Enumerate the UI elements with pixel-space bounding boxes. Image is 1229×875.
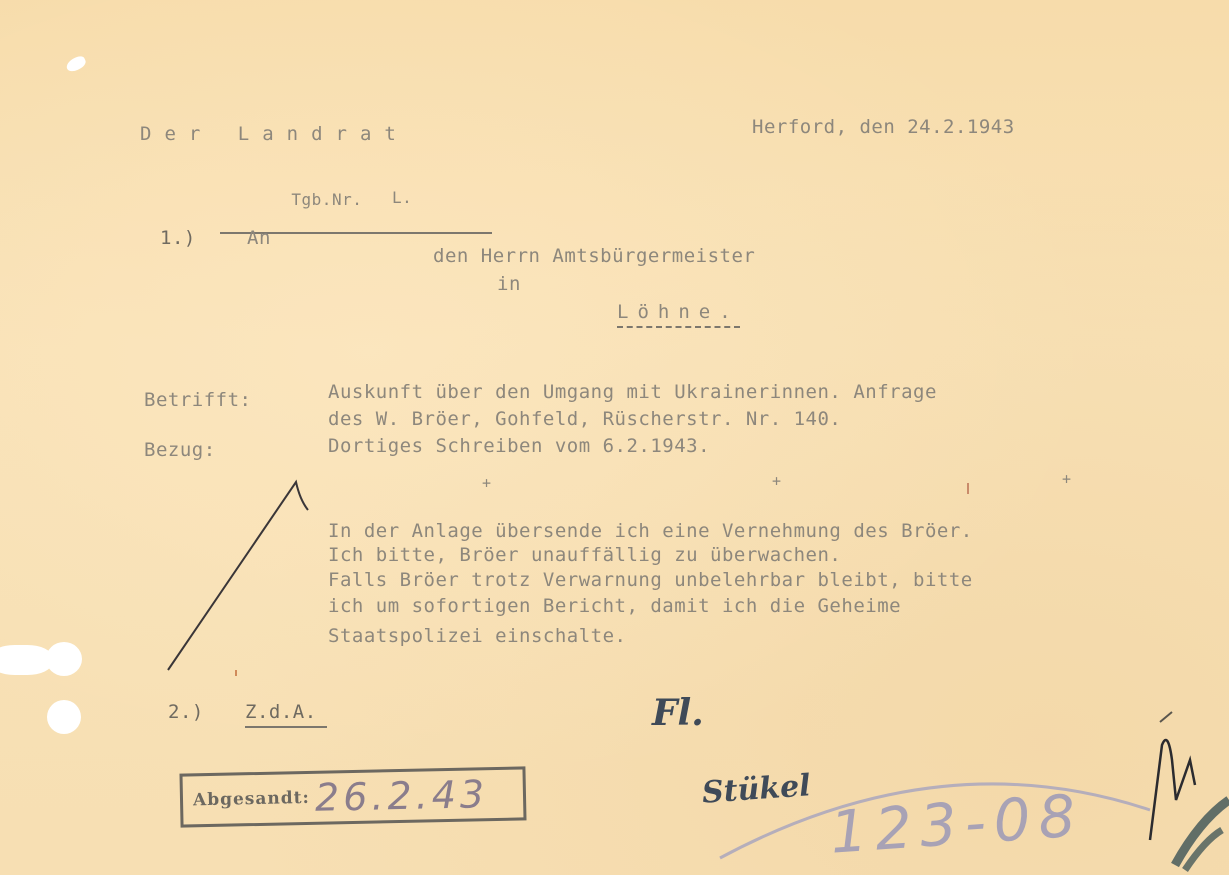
- pencil-arc: [720, 784, 1150, 858]
- right-signature: [1150, 740, 1195, 840]
- document-page: Der Landrat Tgb.Nr.L. Herford, den 24.2.…: [0, 0, 1229, 875]
- diagonal-mark: [168, 482, 308, 670]
- handwritten-marks: [0, 0, 1229, 875]
- tick-mark: [1160, 712, 1172, 722]
